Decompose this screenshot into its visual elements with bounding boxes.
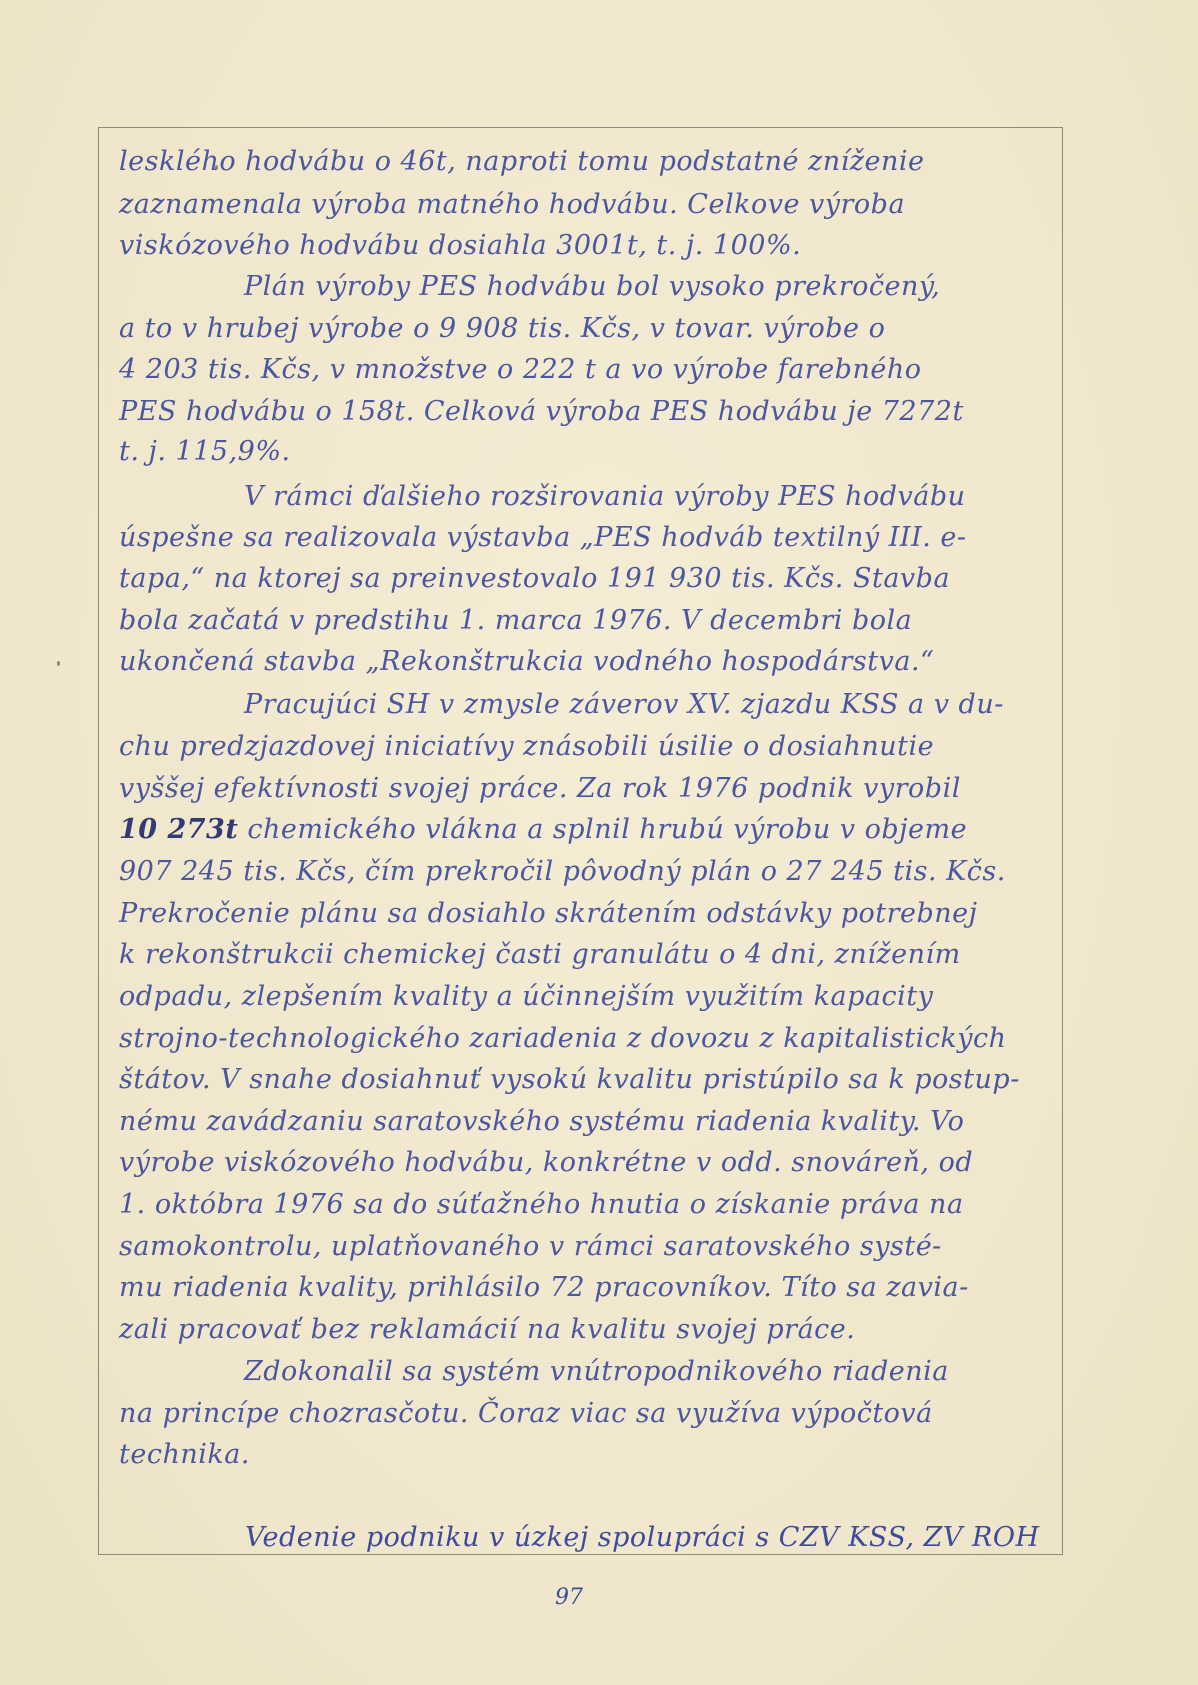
text-line-30: Zdokonalil sa systém vnútropodnikového r…	[119, 1358, 949, 1385]
page-border-frame: lesklého hodvábu o 46t, naproti tomu pod…	[98, 127, 1063, 1555]
text-line-10: úspešne sa realizovala výstavba „PES hod…	[119, 524, 967, 551]
text-line-9: V rámci ďalšieho rozširovania výroby PES…	[119, 483, 966, 510]
text-line-12: bola začatá v predstihu 1. marca 1976. V…	[119, 607, 912, 634]
text-line-26: 1. októbra 1976 sa do súťažného hnutia o…	[119, 1191, 964, 1218]
text-line-27: samokontrolu, uplatňovaného v rámci sara…	[119, 1233, 942, 1260]
text-line-5: a to v hrubej výrobe o 9 908 tis. Kčs, v…	[119, 315, 885, 342]
text-line-21: odpadu, zlepšením kvality a účinnejším v…	[119, 983, 933, 1010]
text-line-16: vyššej efektívnosti svojej práce. Za rok…	[119, 775, 961, 802]
text-line-24: nému zavádzaniu saratovského systému ria…	[119, 1108, 964, 1135]
text-line-11: tapa,“ na ktorej sa preinvestovalo 191 9…	[119, 565, 950, 592]
paper-speck	[215, 165, 218, 170]
text-line-32: technika.	[119, 1441, 250, 1468]
text-line-2: zaznamenala výroba matného hodvábu. Celk…	[119, 191, 905, 218]
text-line-20: k rekonštrukcii chemickej časti granulát…	[119, 941, 961, 968]
text-line-6: 4 203 tis. Kčs, v množstve o 222 t a vo …	[119, 356, 921, 383]
production-amount: 10 273t	[119, 814, 238, 845]
text-line-13: ukončená stavba „Rekonštrukcia vodného h…	[119, 648, 934, 675]
text-line-8: t. j. 115,9%.	[119, 438, 291, 465]
text-line-14: Pracujúci SH v zmysle záverov XV. zjazdu…	[119, 691, 1004, 718]
paper-speck	[57, 661, 60, 666]
text-line-17: 10 273t chemického vlákna a splnil hrubú…	[119, 816, 967, 843]
text-line-31: na princípe chozrasčotu. Čoraz viac sa v…	[119, 1400, 933, 1427]
text-line-25: výrobe viskózového hodvábu, konkrétne v …	[119, 1149, 973, 1176]
text-line-4: Plán výroby PES hodvábu bol vysoko prekr…	[119, 273, 940, 300]
text-line-15: chu predzjazdovej iniciatívy znásobili ú…	[119, 733, 934, 760]
text-line-28: mu riadenia kvality, prihlásilo 72 praco…	[119, 1274, 969, 1301]
text-line-18: 907 245 tis. Kčs, čím prekročil pôvodný …	[119, 858, 1006, 885]
text-line-19: Prekročenie plánu sa dosiahlo skrátením …	[119, 900, 978, 927]
text-line-3: viskózového hodvábu dosiahla 3001t, t. j…	[119, 232, 801, 259]
text-line-23: štátov. V snahe dosiahnuť vysokú kvalitu…	[119, 1066, 1020, 1093]
document-page: lesklého hodvábu o 46t, naproti tomu pod…	[0, 0, 1198, 1685]
text-line-17-rest: chemického vlákna a splnil hrubú výrobu …	[247, 814, 967, 845]
text-line-29: zali pracovať bez reklamácií na kvalitu …	[119, 1316, 855, 1343]
text-line-1: lesklého hodvábu o 46t, naproti tomu pod…	[119, 148, 924, 175]
signature-line: Vedenie podniku v úzkej spolupráci s CZV…	[245, 1522, 1040, 1553]
text-line-22: strojno-technologického zariadenia z dov…	[119, 1025, 1006, 1052]
page-number: 97	[555, 1585, 583, 1610]
text-line-7: PES hodvábu o 158t. Celková výroba PES h…	[119, 398, 964, 425]
